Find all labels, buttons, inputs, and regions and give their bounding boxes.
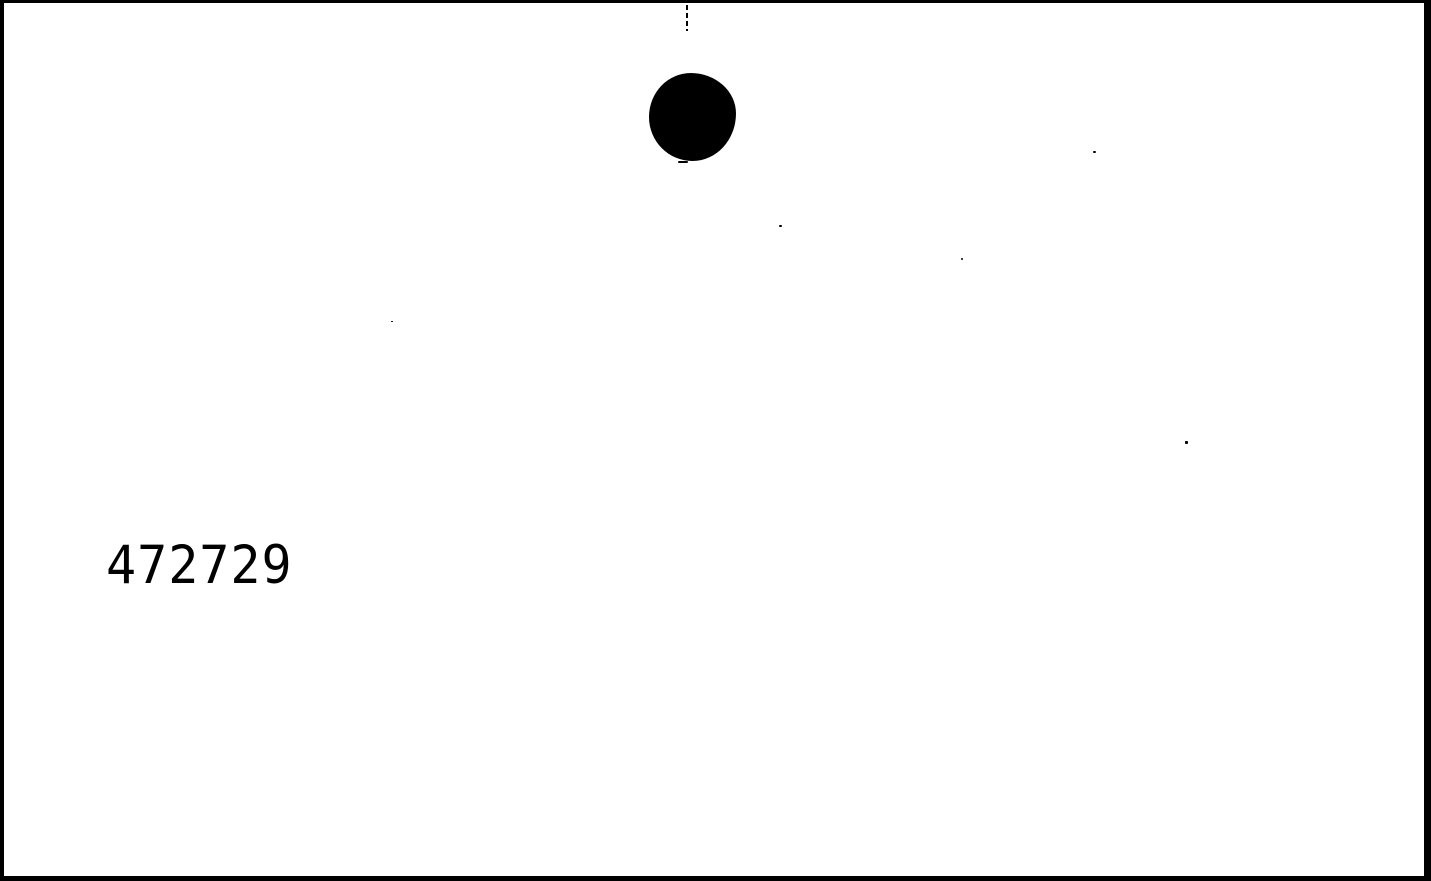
punch-hole-fragment <box>678 161 688 163</box>
scan-speck <box>391 321 393 322</box>
punch-hole <box>649 73 736 161</box>
scan-speck <box>961 258 963 260</box>
index-card: 472729 <box>4 3 1424 876</box>
scan-speck <box>1185 441 1188 444</box>
registration-mark <box>686 5 688 31</box>
scan-speck <box>1093 151 1096 153</box>
card-number: 472729 <box>106 539 293 592</box>
scan-speck <box>779 225 782 227</box>
